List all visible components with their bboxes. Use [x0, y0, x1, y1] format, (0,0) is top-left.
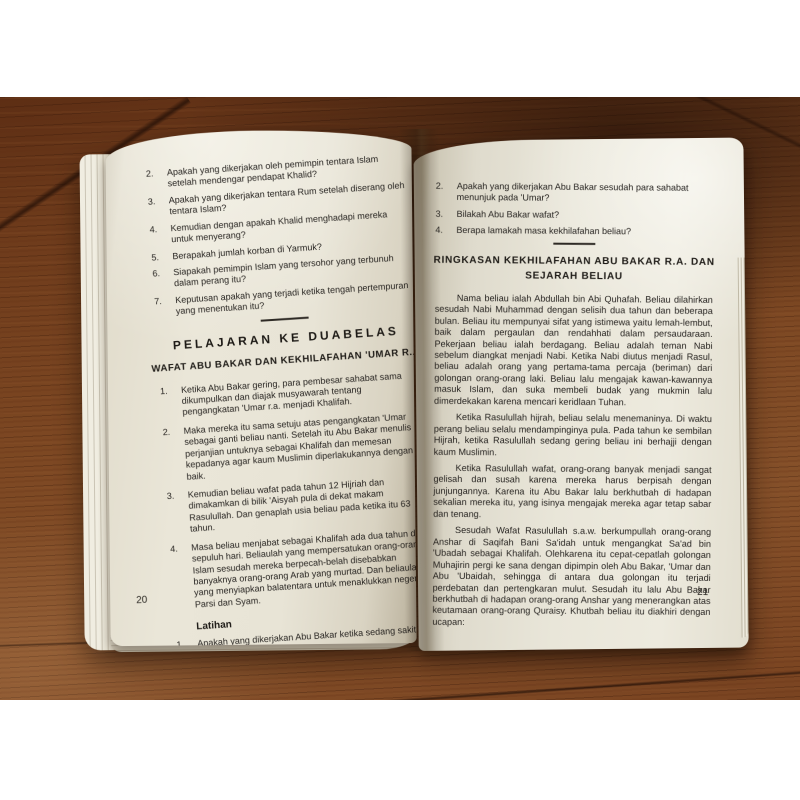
- question-item: 4. Berapa lamakah masa kekhilafahan beli…: [435, 225, 713, 239]
- paragraph: Ketika Rasulullah hijrah, beliau selalu …: [434, 412, 712, 460]
- question-number: 3.: [147, 196, 161, 220]
- item-number: 1.: [160, 385, 175, 420]
- question-item: 3. Bilakah Abu Bakar wafat?: [436, 209, 714, 223]
- wood-plank-seam: [340, 669, 800, 700]
- list-item: 2. Maka mereka itu sama setuju atas peng…: [162, 411, 416, 485]
- page-number-right: 21: [697, 587, 708, 598]
- item-text: Kemudian beliau wafat pada tahun 12 Hijr…: [187, 474, 416, 535]
- question-number: 6.: [152, 268, 166, 292]
- question-text: Apakah yang dikerjakan Abu Bakar sesudah…: [457, 181, 714, 206]
- paragraph: Nama beliau ialah Abdullah bin Abi Quhaf…: [434, 292, 713, 409]
- exercise-number: 1.: [176, 639, 190, 646]
- page-number-left: 20: [136, 595, 148, 606]
- question-number: 2.: [146, 168, 160, 192]
- book-photo: 2. Apakah yang dikerjakan oleh pemimpin …: [0, 97, 800, 700]
- question-number: 4.: [149, 224, 163, 248]
- item-number: 2.: [162, 426, 179, 484]
- summary-title-line1: RINGKASAN KEKHILAFAHAN ABU BAKAR R.A. DA…: [429, 252, 719, 270]
- question-text: Berapa lamakah masa kekhilafahan beliau?: [456, 225, 713, 238]
- question-number: 7.: [154, 295, 168, 319]
- list-item: 3. Kemudian beliau wafat pada tahun 12 H…: [167, 474, 417, 536]
- open-book: 2. Apakah yang dikerjakan oleh pemimpin …: [75, 121, 753, 658]
- list-item: 4. Masa beliau menjabat sebagai Khalifah…: [170, 527, 417, 612]
- left-page-content: 2. Apakah yang dikerjakan oleh pemimpin …: [146, 152, 417, 646]
- summary-title-line2: SEJARAH BELIAU: [429, 268, 719, 286]
- paragraph: Ketika Rasulullah wafat, orang-orang ban…: [433, 463, 711, 522]
- summary-title: RINGKASAN KEKHILAFAHAN ABU BAKAR R.A. DA…: [429, 252, 719, 285]
- question-item: 2. Apakah yang dikerjakan Abu Bakar sesu…: [436, 181, 714, 206]
- question-number: 5.: [151, 251, 165, 263]
- section-divider: [261, 316, 309, 321]
- right-page-content: 2. Apakah yang dikerjakan Abu Bakar sesu…: [432, 181, 714, 636]
- left-page: 2. Apakah yang dikerjakan oleh pemimpin …: [105, 129, 416, 646]
- right-page: 2. Apakah yang dikerjakan Abu Bakar sesu…: [413, 138, 748, 651]
- item-text: Ketika Abu Bakar gering, para pembesar s…: [181, 369, 417, 418]
- item-text: Masa beliau menjabat sebagai Khalifah ad…: [191, 527, 417, 611]
- item-number: 3.: [167, 490, 183, 536]
- section-divider: [553, 242, 595, 244]
- item-number: 4.: [170, 543, 187, 612]
- question-text: Bilakah Abu Bakar wafat?: [457, 209, 714, 222]
- book-gutter-shadow: [399, 129, 444, 651]
- paragraph: Sesudah Wafat Rasulullah s.a.w. berkumpu…: [432, 525, 711, 630]
- item-text: Maka mereka itu sama setuju atas pengang…: [183, 411, 416, 483]
